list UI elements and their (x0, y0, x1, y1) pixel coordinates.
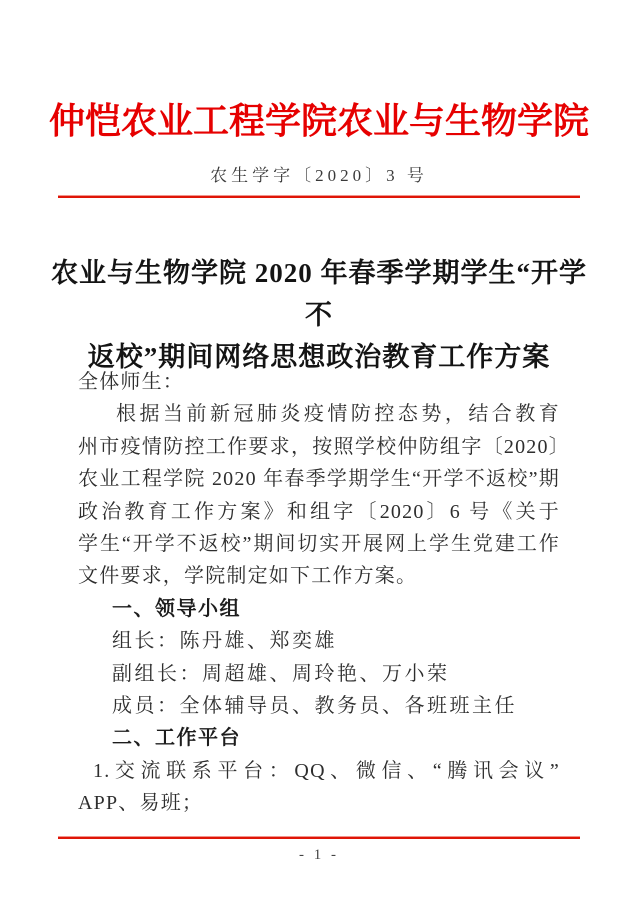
doc-number: 农生学字〔2020〕3 号 (0, 163, 638, 189)
body-line: 州市疫情防控工作要求，按照学校仲防组字〔2020〕2 号《仲恺 (78, 431, 560, 463)
document-page: 仲恺农业工程学院农业与生物学院 农生学字〔2020〕3 号 农业与生物学院 20… (0, 0, 638, 905)
leader-line: 组长：陈丹雄、郑奕雄 (78, 625, 560, 657)
document-title: 农业与生物学院 2020 年春季学期学生“开学不 返校”期间网络思想政治教育工作… (38, 252, 600, 378)
page-number: - 1 - (0, 844, 638, 866)
footer-divider (58, 836, 580, 839)
body-line: APP、易班； (78, 787, 560, 819)
document-title-line1: 农业与生物学院 2020 年春季学期学生“开学不 (38, 252, 600, 336)
salutation: 全体师生： (78, 366, 560, 398)
section2-heading: 二、工作平台 (78, 722, 560, 754)
header-divider (58, 195, 580, 198)
org-title: 仲恺农业工程学院农业与生物学院 (0, 98, 638, 144)
body-line: 政治教育工作方案》和组字〔2020〕6 号《关于 2020 年春季学期 (78, 496, 560, 528)
body-line: 学生“开学不返校”期间切实开展网上学生党建工作的通知》等 (78, 528, 560, 560)
body-line: 1.交流联系平台：QQ、微信、“腾讯会议” APP、“学习强国” (78, 755, 560, 787)
deputy-leader-line: 副组长：周超雄、周玲艳、万小荣 (78, 658, 560, 690)
body-line: 文件要求，学院制定如下工作方案。 (78, 560, 560, 592)
members-line: 成员：全体辅导员、教务员、各班班主任 (78, 690, 560, 722)
document-body: 全体师生： 根据当前新冠肺炎疫情防控态势，结合教育部、广东省和广 州市疫情防控工… (78, 366, 560, 819)
body-line: 根据当前新冠肺炎疫情防控态势，结合教育部、广东省和广 (78, 398, 560, 430)
body-line: 农业工程学院 2020 年春季学期学生“开学不返校”期间网络思想 (78, 463, 560, 495)
section1-heading: 一、领导小组 (78, 593, 560, 625)
